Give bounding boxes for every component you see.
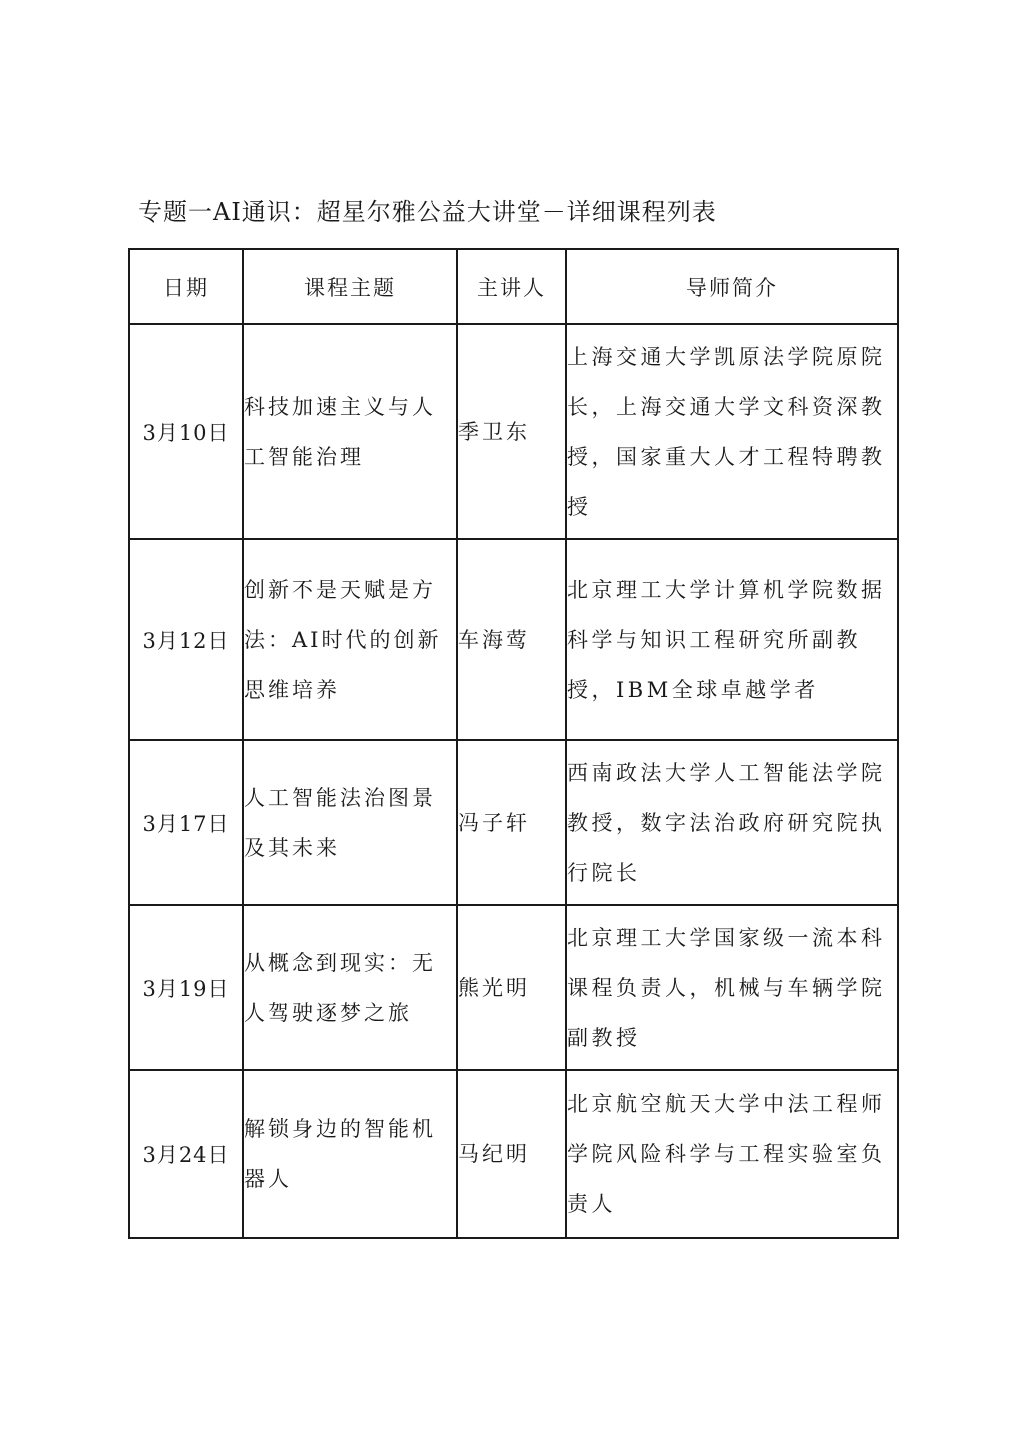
table-row: 3月24日 解锁身边的智能机器人 马纪明 北京航空航天大学中法工程师学院风险科学… <box>129 1070 898 1238</box>
table-header-row: 日期 课程主题 主讲人 导师简介 <box>129 249 898 324</box>
header-speaker: 主讲人 <box>457 249 566 324</box>
cell-bio: 北京航空航天大学中法工程师学院风险科学与工程实验室负责人 <box>566 1070 898 1238</box>
cell-topic: 科技加速主义与人工智能治理 <box>243 324 457 539</box>
cell-date: 3月10日 <box>129 324 243 539</box>
cell-bio: 西南政法大学人工智能法学院教授，数字法治政府研究院执行院长 <box>566 740 898 905</box>
cell-bio: 北京理工大学国家级一流本科课程负责人，机械与车辆学院副教授 <box>566 905 898 1070</box>
header-bio: 导师简介 <box>566 249 898 324</box>
cell-date: 3月17日 <box>129 740 243 905</box>
cell-speaker: 季卫东 <box>457 324 566 539</box>
cell-bio: 北京理工大学计算机学院数据科学与知识工程研究所副教授，IBM全球卓越学者 <box>566 539 898 740</box>
cell-date: 3月12日 <box>129 539 243 740</box>
cell-date: 3月24日 <box>129 1070 243 1238</box>
header-date: 日期 <box>129 249 243 324</box>
table-row: 3月12日 创新不是天赋是方法：AI时代的创新思维培养 车海莺 北京理工大学计算… <box>129 539 898 740</box>
cell-speaker: 熊光明 <box>457 905 566 1070</box>
cell-topic: 创新不是天赋是方法：AI时代的创新思维培养 <box>243 539 457 740</box>
cell-topic: 从概念到现实：无人驾驶逐梦之旅 <box>243 905 457 1070</box>
cell-topic: 解锁身边的智能机器人 <box>243 1070 457 1238</box>
table-row: 3月19日 从概念到现实：无人驾驶逐梦之旅 熊光明 北京理工大学国家级一流本科课… <box>129 905 898 1070</box>
cell-topic: 人工智能法治图景及其未来 <box>243 740 457 905</box>
table-row: 3月17日 人工智能法治图景及其未来 冯子轩 西南政法大学人工智能法学院教授，数… <box>129 740 898 905</box>
cell-speaker: 马纪明 <box>457 1070 566 1238</box>
cell-date: 3月19日 <box>129 905 243 1070</box>
cell-speaker: 冯子轩 <box>457 740 566 905</box>
header-topic: 课程主题 <box>243 249 457 324</box>
document-title: 专题一AI通识：超星尔雅公益大讲堂－详细课程列表 <box>138 192 717 227</box>
cell-speaker: 车海莺 <box>457 539 566 740</box>
table-row: 3月10日 科技加速主义与人工智能治理 季卫东 上海交通大学凯原法学院原院长，上… <box>129 324 898 539</box>
course-table: 日期 课程主题 主讲人 导师简介 3月10日 科技加速主义与人工智能治理 季卫东… <box>128 248 899 1239</box>
cell-bio: 上海交通大学凯原法学院原院长，上海交通大学文科资深教授，国家重大人才工程特聘教授 <box>566 324 898 539</box>
